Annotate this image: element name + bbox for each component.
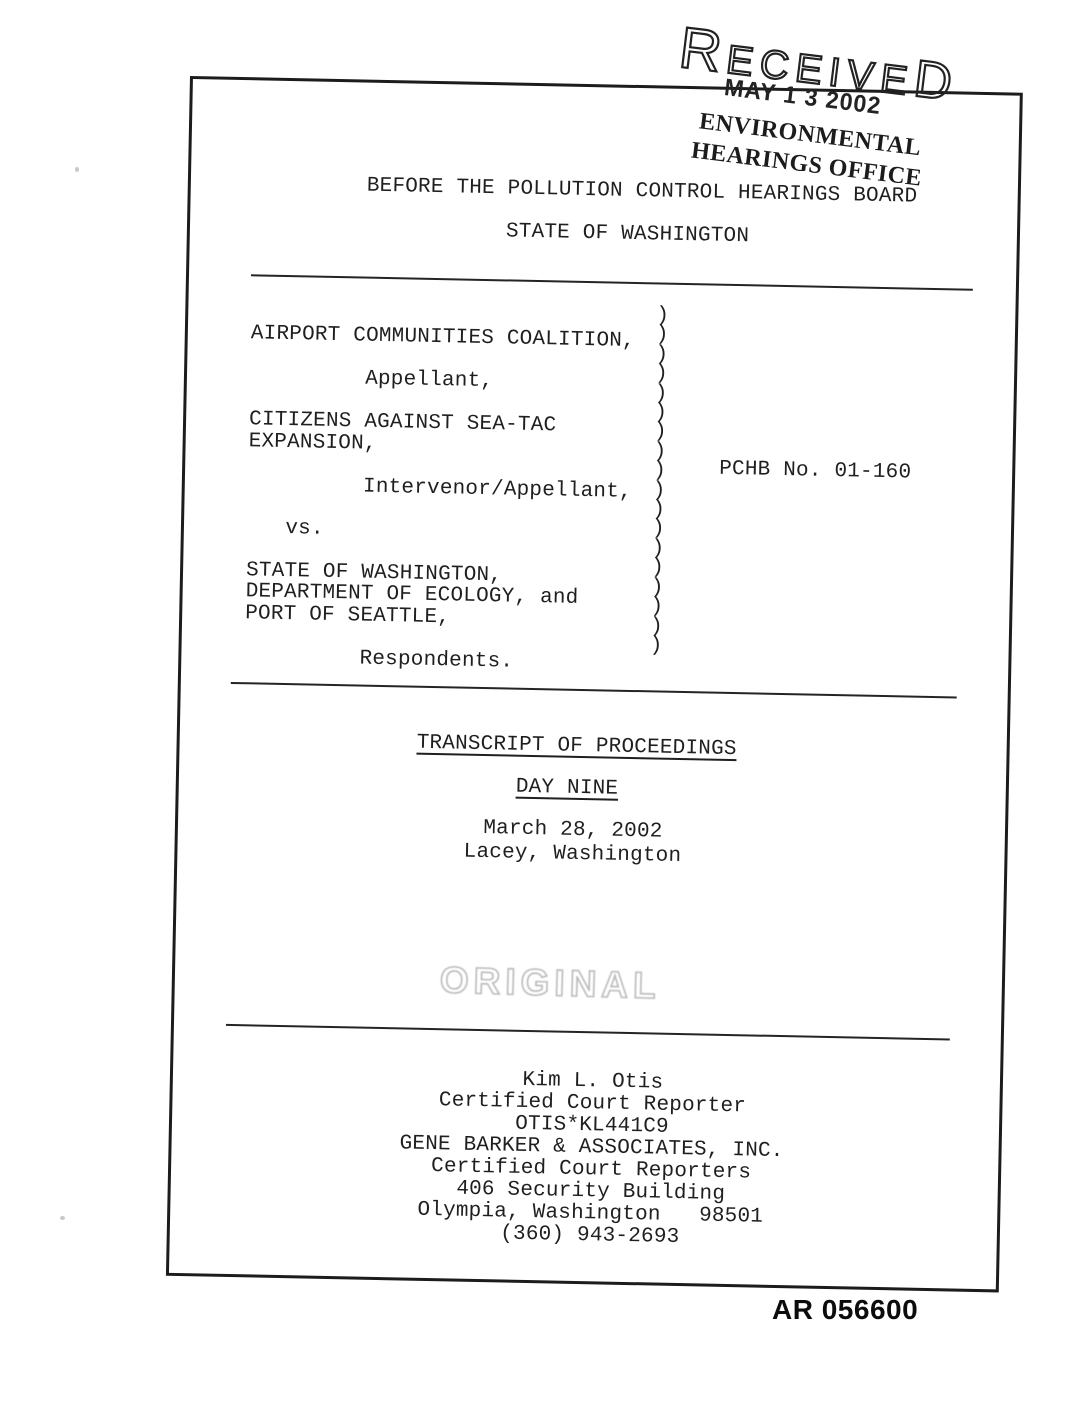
- hearing-location: Lacey, Washington: [463, 841, 681, 868]
- separator-line-middle: [231, 682, 957, 699]
- scan-speck: [60, 1216, 65, 1220]
- scan-speck: [75, 167, 79, 172]
- bates-number: AR 056600: [772, 1294, 918, 1326]
- caption-paren-column: ) ) ) ) ) ) ) ) ) ) ) ) ) ) ) ) ) ): [649, 306, 669, 655]
- hearing-date-location: March 28, 2002 Lacey, Washington: [402, 815, 743, 870]
- transcript-title: TRANSCRIPT OF PROCEEDINGS: [416, 732, 736, 762]
- case-caption-parties: AIRPORT COMMUNITIES COALITION, Appellant…: [244, 323, 635, 675]
- received-stamp-letter: R: [676, 14, 726, 86]
- document-page: BEFORE THE POLLUTION CONTROL HEARINGS BO…: [166, 76, 1023, 1292]
- jurisdiction-title: STATE OF WASHINGTON: [506, 220, 750, 249]
- hearing-date: March 28, 2002: [483, 817, 663, 844]
- original-stamp: ORIGINAL: [439, 959, 661, 1007]
- separator-line-bottom: [226, 1024, 950, 1041]
- day-label: DAY NINE: [516, 776, 619, 802]
- reporter-block: Kim L. Otis Certified Court Reporter OTI…: [328, 1066, 855, 1252]
- separator-line-top: [251, 274, 973, 290]
- case-number: PCHB No. 01-160: [719, 458, 911, 486]
- received-stamp-letter: D: [911, 49, 956, 113]
